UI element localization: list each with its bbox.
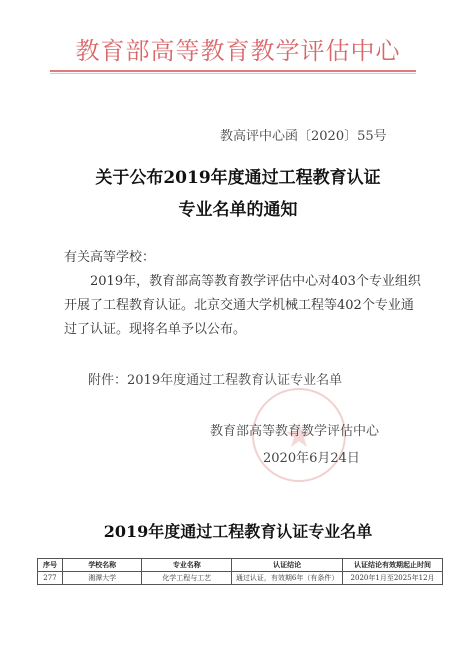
signature-date: 2020年6月24日 — [263, 447, 360, 466]
column-header-conclusion: 认证结论 — [232, 559, 343, 572]
letterhead-red-rule — [50, 70, 416, 72]
cell-program: 化学工程与工艺 — [142, 572, 232, 585]
list-title: 2019年度通过工程教育认证专业名单 — [0, 519, 476, 542]
table-row: 277 湘潭大学 化学工程与工艺 通过认证，有效期6年（有条件） 2020年1月… — [38, 572, 443, 585]
cell-validity: 2020年1月至2025年12月 — [343, 572, 443, 585]
cell-conclusion: 通过认证，有效期6年（有条件） — [232, 572, 343, 585]
cell-index: 277 — [38, 572, 63, 585]
letterhead-org-name: 教育部高等教育教学评估中心 — [0, 36, 476, 66]
notice-title-line1: 关于公布2019年度通过工程教育认证 — [0, 163, 476, 188]
signer-name: 教育部高等教育教学评估中心 — [210, 420, 379, 439]
notice-title-line2: 专业名单的通知 — [0, 195, 476, 220]
column-header-validity: 认证结论有效期起止时间 — [343, 559, 443, 572]
notice-body-paragraph: 2019年，教育部高等教育教学评估中心对403个专业组织开展了工程教育认证。北京… — [64, 270, 424, 342]
column-header-index: 序号 — [38, 559, 63, 572]
attachment-line: 附件：2019年度通过工程教育认证专业名单 — [88, 369, 342, 388]
certified-programs-table: 序号 学校名称 专业名称 认证结论 认证结论有效期起止时间 277 湘潭大学 化… — [37, 558, 443, 585]
document-number: 教高评中心函〔2020〕55号 — [220, 125, 387, 144]
cell-school: 湘潭大学 — [62, 572, 142, 585]
letterhead-rule-shadow — [50, 73, 416, 74]
column-header-school: 学校名称 — [62, 559, 142, 572]
table-header-row: 序号 学校名称 专业名称 认证结论 认证结论有效期起止时间 — [38, 559, 443, 572]
column-header-program: 专业名称 — [142, 559, 232, 572]
salutation: 有关高等学校： — [64, 246, 424, 270]
